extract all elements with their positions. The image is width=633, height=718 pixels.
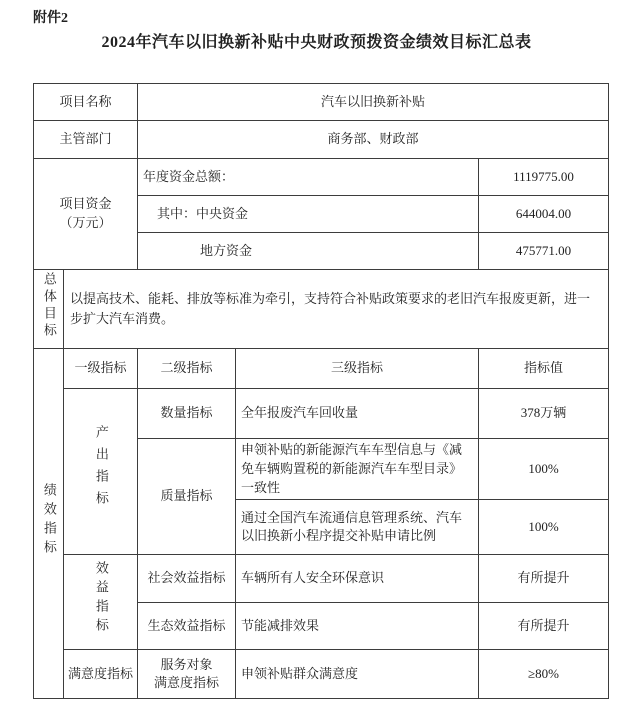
satisfaction-indicator: 申领补贴群众满意度 bbox=[236, 650, 479, 699]
output-label-cell: 产出指标 bbox=[64, 388, 138, 555]
funds-central-label: 其中：中央资金 bbox=[138, 196, 479, 233]
department-value: 商务部、财政部 bbox=[138, 121, 609, 159]
quantity-label: 数量指标 bbox=[138, 388, 236, 438]
eco-benefit-indicator: 节能减排效果 bbox=[236, 603, 479, 650]
quality-value-1: 100% bbox=[479, 438, 609, 500]
funds-local-label: 地方资金 bbox=[138, 233, 479, 270]
row-indicator-header: 绩效指标 一级指标 二级指标 三级指标 指标值 bbox=[34, 348, 609, 388]
funds-central-value: 644004.00 bbox=[479, 196, 609, 233]
project-name-label: 项目名称 bbox=[34, 84, 138, 121]
social-benefit-value: 有所提升 bbox=[479, 555, 609, 603]
social-benefit-label: 社会效益指标 bbox=[138, 555, 236, 603]
overall-goal-text: 以提高技术、能耗、排放等标准为牵引，支持符合补贴政策要求的老旧汽车报废更新，进一… bbox=[64, 270, 609, 349]
social-benefit-indicator: 车辆所有人安全环保意识 bbox=[236, 555, 479, 603]
department-label: 主管部门 bbox=[34, 121, 138, 159]
output-label: 产出指标 bbox=[91, 425, 110, 513]
overall-goal-label-cell: 总体目标 bbox=[34, 270, 64, 349]
row-quantity-indicator: 产出指标 数量指标 全年报废汽车回收量 378万辆 bbox=[34, 388, 609, 438]
performance-label-cell: 绩效指标 bbox=[34, 348, 64, 699]
benefit-label: 效益指标 bbox=[91, 561, 110, 637]
eco-benefit-label: 生态效益指标 bbox=[138, 603, 236, 650]
row-overall-goal: 总体目标 以提高技术、能耗、排放等标准为牵引，支持符合补贴政策要求的老旧汽车报废… bbox=[34, 270, 609, 349]
overall-goal-label: 总体目标 bbox=[39, 272, 58, 340]
row-project-name: 项目名称 汽车以旧换新补贴 bbox=[34, 84, 609, 121]
quantity-value: 378万辆 bbox=[479, 388, 609, 438]
header-level2: 二级指标 bbox=[138, 348, 236, 388]
eco-benefit-value: 有所提升 bbox=[479, 603, 609, 650]
performance-label: 绩效指标 bbox=[39, 483, 58, 559]
quality-indicator-1: 申领补贴的新能源汽车车型信息与《减免车辆购置税的新能源汽车车型目录》一致性 bbox=[236, 438, 479, 500]
satisfaction-label: 满意度指标 bbox=[64, 650, 138, 699]
project-name-value: 汽车以旧换新补贴 bbox=[138, 84, 609, 121]
funds-label: 项目资金 （万元） bbox=[34, 159, 138, 270]
document-page: 附件2 2024年汽车以旧换新补贴中央财政预拨资金绩效目标汇总表 项目名称 汽车… bbox=[0, 0, 633, 718]
header-level1: 一级指标 bbox=[64, 348, 138, 388]
satisfaction-value: ≥80% bbox=[479, 650, 609, 699]
performance-summary-table: 项目名称 汽车以旧换新补贴 主管部门 商务部、财政部 项目资金 （万元） 年度资… bbox=[33, 83, 609, 699]
row-social-benefit: 效益指标 社会效益指标 车辆所有人安全环保意识 有所提升 bbox=[34, 555, 609, 603]
quality-value-2: 100% bbox=[479, 500, 609, 555]
quantity-indicator: 全年报废汽车回收量 bbox=[236, 388, 479, 438]
row-funds-total: 项目资金 （万元） 年度资金总额： 1119775.00 bbox=[34, 159, 609, 196]
funds-total-value: 1119775.00 bbox=[479, 159, 609, 196]
attachment-label: 附件2 bbox=[33, 7, 68, 27]
funds-local-value: 475771.00 bbox=[479, 233, 609, 270]
row-department: 主管部门 商务部、财政部 bbox=[34, 121, 609, 159]
quality-label: 质量指标 bbox=[138, 438, 236, 555]
satisfaction-sub-label: 服务对象 满意度指标 bbox=[138, 650, 236, 699]
quality-indicator-2: 通过全国汽车流通信息管理系统、汽车以旧换新小程序提交补贴申请比例 bbox=[236, 500, 479, 555]
benefit-label-cell: 效益指标 bbox=[64, 555, 138, 650]
page-title: 2024年汽车以旧换新补贴中央财政预拨资金绩效目标汇总表 bbox=[0, 29, 633, 52]
header-level3: 三级指标 bbox=[236, 348, 479, 388]
row-satisfaction: 满意度指标 服务对象 满意度指标 申领补贴群众满意度 ≥80% bbox=[34, 650, 609, 699]
header-value: 指标值 bbox=[479, 348, 609, 388]
funds-total-label: 年度资金总额： bbox=[138, 159, 479, 196]
